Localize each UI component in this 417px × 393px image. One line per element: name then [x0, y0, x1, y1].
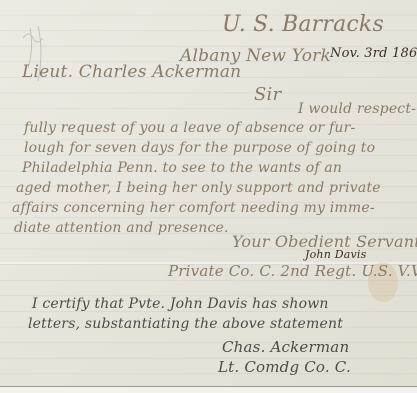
- body-line: I would respect-: [298, 101, 416, 117]
- header-place-line1: U. S. Barracks: [222, 12, 384, 37]
- body-line: Philadelphia Penn. to see to the wants o…: [22, 160, 342, 176]
- addressee: Lieut. Charles Ackerman: [22, 62, 241, 82]
- salutation: Sir: [254, 84, 281, 105]
- letter-paper: U. S. Barracks Albany New York Nov. 3rd …: [0, 0, 417, 388]
- endorsement-line: letters, substantiating the above statem…: [28, 316, 343, 332]
- endorsement-line: I certify that Pvte. John Davis has show…: [32, 296, 329, 312]
- signature: John Davis: [305, 248, 366, 261]
- endorsement-signature-title: Lt. Comdg Co. C.: [218, 358, 351, 376]
- body-line: fully request of you a leave of absence …: [24, 120, 355, 136]
- body-line: aged mother, I being her only support an…: [16, 180, 381, 196]
- body-line: lough for seven days for the purpose of …: [24, 140, 375, 156]
- body-line: affairs concerning her comfort needing m…: [12, 200, 375, 216]
- endorsement-signature: Chas. Ackerman: [222, 338, 349, 356]
- header-date: Nov. 3rd 1865: [330, 46, 417, 61]
- signature-rank: Private Co. C. 2nd Regt. U.S. V.V.: [168, 262, 417, 280]
- scan-background: [0, 386, 417, 393]
- body-line: diate attention and presence.: [14, 220, 229, 236]
